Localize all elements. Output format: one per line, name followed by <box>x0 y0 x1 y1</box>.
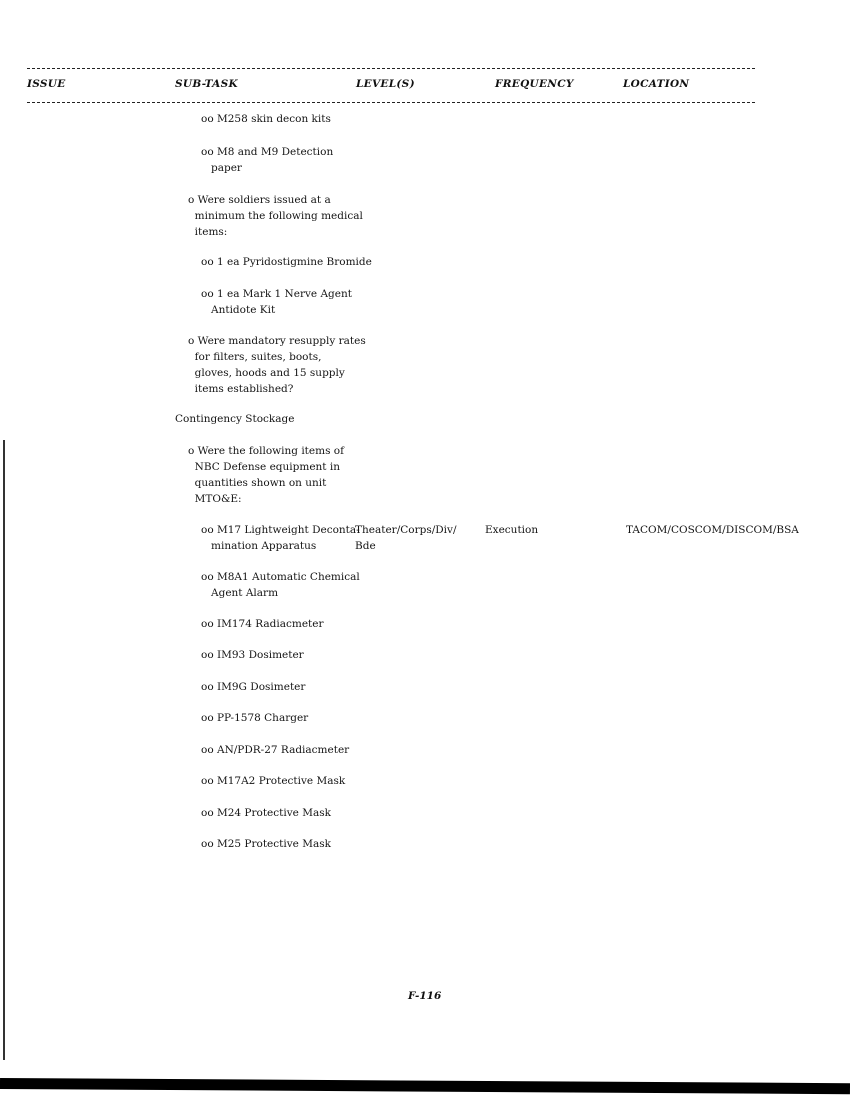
sub-task-item: oo M17 Lightweight Deconta- mination App… <box>201 522 360 554</box>
document-page: ISSUE SUB-TASK LEVEL(S) FREQUENCY LOCATI… <box>0 0 850 1097</box>
sub-task-item: oo M258 skin decon kits <box>201 111 331 127</box>
location-cell: TACOM/COSCOM/DISCOM/BSA <box>626 522 799 538</box>
sub-task-item: oo IM93 Dosimeter <box>201 647 304 663</box>
sub-task-question: o Were soldiers issued at a minimum the … <box>188 192 363 240</box>
sub-task-item: oo M17A2 Protective Mask <box>201 773 345 789</box>
sub-task-question: o Were the following items of NBC Defens… <box>188 443 344 507</box>
section-heading-contingency-stockage: Contingency Stockage <box>175 411 294 427</box>
header-bottom-rule <box>27 102 755 103</box>
sub-task-item: oo M25 Protective Mask <box>201 836 331 852</box>
column-header-sub-task: SUB-TASK <box>175 78 238 90</box>
column-header-location: LOCATION <box>623 78 689 90</box>
levels-cell: Theater/Corps/Div/ Bde <box>355 522 457 554</box>
sub-task-item: oo M24 Protective Mask <box>201 805 331 821</box>
frequency-cell: Execution <box>485 522 538 538</box>
sub-task-question: o Were mandatory resupply rates for filt… <box>188 333 366 397</box>
sub-task-item: oo 1 ea Mark 1 Nerve Agent Antidote Kit <box>201 286 352 318</box>
sub-task-item: oo 1 ea Pyridostigmine Bromide <box>201 254 372 270</box>
header-top-rule <box>27 68 755 69</box>
column-header-issue: ISSUE <box>27 78 66 90</box>
scan-left-edge <box>3 440 5 1060</box>
column-header-frequency: FREQUENCY <box>495 78 574 90</box>
scan-bottom-edge <box>0 1078 850 1094</box>
column-header-levels: LEVEL(S) <box>356 78 415 90</box>
sub-task-item: oo IM174 Radiacmeter <box>201 616 324 632</box>
sub-task-item: oo M8A1 Automatic Chemical Agent Alarm <box>201 569 360 601</box>
sub-task-item: oo PP-1578 Charger <box>201 710 308 726</box>
sub-task-item: oo IM9G Dosimeter <box>201 679 305 695</box>
sub-task-item: oo AN/PDR-27 Radiacmeter <box>201 742 349 758</box>
sub-task-item: oo M8 and M9 Detection paper <box>201 144 333 176</box>
page-number: F-116 <box>408 990 441 1002</box>
